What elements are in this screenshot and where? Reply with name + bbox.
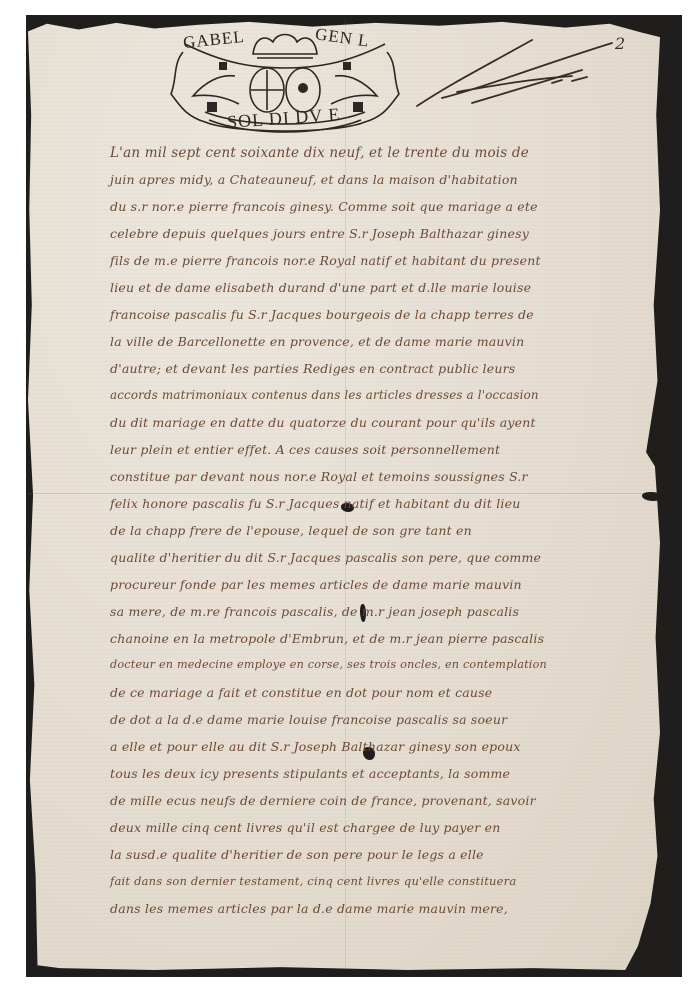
text-line: du dit mariage en datte du quatorze du c… [110,415,536,430]
text-line: francoise pascalis fu S.r Jacques bourge… [110,307,534,322]
text-line: felix honore pascalis fu S.r Jacques nat… [110,496,520,511]
text-line: leur plein et entier effet. A ces causes… [110,442,500,457]
text-line: sa mere, de m.re francois pascalis, de m… [110,604,519,619]
text-line: de mille ecus neufs de derniere coin de … [110,793,536,808]
horizontal-fold-crease [28,493,660,494]
text-line: la susd.e qualite d'heritier de son pere… [110,847,484,862]
text-line: L'an mil sept cent soixante dix neuf, et… [110,145,529,161]
text-line: fils de m.e pierre francois nor.e Royal … [110,253,541,268]
text-line: docteur en medecine employe en corse, se… [110,658,547,671]
text-line: procureur fonde par les memes articles d… [110,577,522,592]
page-number-mark: 2 [615,34,625,53]
text-line: d'autre; et devant les parties Rediges e… [110,361,515,376]
text-line: celebre depuis quelques jours entre S.r … [110,226,529,241]
text-line: juin apres midy, a Chateauneuf, et dans … [110,172,518,187]
quill-signature-flourish-icon [412,28,642,118]
text-line: de la chapp frere de l'epouse, lequel de… [110,523,472,538]
text-line: constitue par devant nous nor.e Royal et… [110,469,528,484]
text-line: deux mille cinq cent livres qu'il est ch… [110,820,500,835]
text-line: qualite d'heritier du dit S.r Jacques pa… [110,550,541,565]
paper-hole [642,492,662,501]
text-line: de dot a la d.e dame marie louise franco… [110,712,507,727]
text-line: chanoine en la metropole d'Embrun, et de… [110,631,544,646]
royal-stamp: GABEL GEN L SOL DI DV E [165,24,405,139]
text-line: de ce mariage a fait et constitue en dot… [110,685,492,700]
text-line: dans les memes articles par la d.e dame … [110,901,508,916]
text-line: fait dans son dernier testament, cinq ce… [110,874,516,888]
text-line: lieu et de dame elisabeth durand d'une p… [110,280,531,295]
text-line: a elle et pour elle au dit S.r Joseph Ba… [110,739,521,754]
text-line: du s.r nor.e pierre francois ginesy. Com… [110,199,538,214]
text-line: accords matrimoniaux contenus dans les a… [110,388,539,402]
text-line: la ville de Barcellonette en provence, e… [110,334,524,349]
text-line: tous les deux icy presents stipulants et… [110,766,510,781]
